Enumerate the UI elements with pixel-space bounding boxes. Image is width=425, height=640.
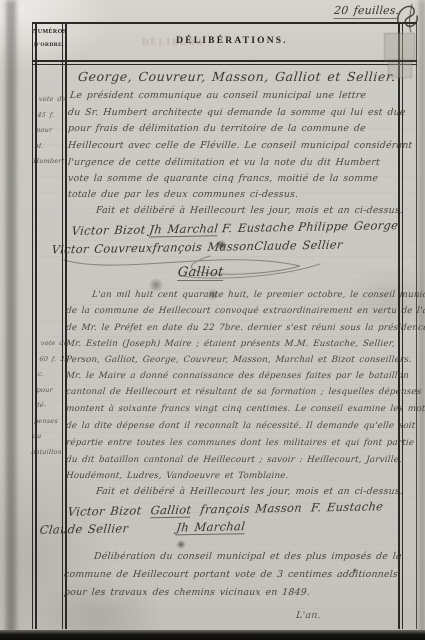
- manuscript-line: Le président communique au conseil munic…: [70, 90, 367, 101]
- numbers-column-header: NUMÉROS D'ORDRE.: [33, 29, 65, 48]
- manuscript-line: Heillecourt avec celle de Fléville. Le c…: [68, 140, 413, 151]
- manuscript-line: L'an mil huit cent quarante huit, le pre…: [92, 290, 425, 300]
- manuscript-line: Mr. Estelin (Joseph) Maire ; étaient pré…: [66, 339, 396, 349]
- manuscript-line: commune de Heillecourt portant vote de 3…: [64, 569, 399, 580]
- manuscript-line: vote la somme de quarante cinq francs, m…: [68, 173, 379, 184]
- manuscript-line: du dit bataillon cantonal de Heillecourt…: [66, 455, 403, 465]
- margin-note-line: pour dé-: [35, 383, 68, 414]
- ink-blot: [176, 540, 186, 549]
- ink-blot: [352, 568, 358, 573]
- signature: Claude Sellier: [39, 521, 129, 538]
- header-bottom-rule: [33, 60, 417, 62]
- closing-formula: Fait et délibéré à Heillecourt les jour,…: [96, 205, 404, 216]
- signature: Jh Marchal: [149, 221, 219, 237]
- entry-heading: George, Couvreur, Masson, Galliot et Sel…: [77, 69, 396, 84]
- signature: Victor Couvreux: [51, 241, 153, 257]
- signature: Jh Marchal: [176, 519, 246, 535]
- signature: Victor Bizot: [71, 223, 146, 239]
- ink-blot: [216, 240, 227, 250]
- margin-note-line: penses du: [32, 414, 65, 445]
- margin-note-line: vote de: [38, 92, 69, 108]
- faded-stamp: [384, 33, 415, 60]
- signature: Victor Bizot: [67, 503, 142, 519]
- manuscript-line: de la commune de Heillecourt convoqué ex…: [66, 306, 425, 316]
- margin-note: vote de 45 f. pour M. Humbert: [33, 92, 70, 170]
- signature: Galliot: [150, 503, 192, 519]
- manuscript-line: du Sr. Humbert architecte qui demande la…: [68, 107, 406, 118]
- manuscript-line: de la dite dépense dont il reconnaît la …: [66, 421, 416, 431]
- manuscript-line: Délibération du conseil municipal et des…: [94, 551, 403, 562]
- table-top-rule: [33, 22, 417, 24]
- ink-blot: [207, 289, 219, 300]
- manuscript-line: Mr. le Maire a donné connaissance des dé…: [66, 371, 410, 381]
- manuscript-line: totale due par les deux communes ci-dess…: [68, 189, 299, 200]
- ink-blot: [148, 278, 164, 292]
- margin-note-line: M.: [34, 139, 65, 155]
- manuscript-line: Houdémont, Ludres, Vandoeuvre et Tomblai…: [66, 471, 289, 481]
- scan-bottom-band: [0, 630, 425, 640]
- binding-gutter-shadow: [6, 0, 16, 634]
- manuscript-line: l'urgence de cette délimitation et vu la…: [68, 157, 381, 168]
- manuscript-line: pour les travaux des chemins vicinaux en…: [64, 587, 311, 598]
- right-edge-shadow: [419, 0, 425, 640]
- scanned-register-page: NUMÉROS D'ORDRE. DÉLIBÉRATIONS. DÉLIBÉRA…: [0, 0, 425, 640]
- manuscript-line: répartie entre toutes les communes dont …: [66, 438, 415, 448]
- folio-count-note: 20 feuilles.: [333, 4, 400, 19]
- header-bottom-rule-thin: [33, 64, 417, 65]
- signature: F. Eustache: [310, 499, 384, 515]
- signature: Claude Sellier: [254, 237, 344, 253]
- manuscript-line: cantonal de Heillecourt et résultant de …: [66, 387, 425, 397]
- margin-note-line: 45 f. pour: [35, 108, 68, 139]
- manuscript-line: montent à soixante francs vingt cinq cen…: [66, 404, 425, 414]
- signature: Galliot: [177, 265, 224, 281]
- left-outer-rule: [32, 22, 33, 629]
- signature: françois Masson: [200, 501, 303, 518]
- margin-note-line: bataillon: [31, 445, 62, 461]
- manuscript-line: Person, Galliot, George, Couvreur, Masso…: [66, 355, 413, 365]
- page-title: DÉLIBÉRATIONS.: [66, 36, 398, 46]
- catchword: L'an.: [296, 610, 322, 621]
- manuscript-line: de Mr. le Préfet en date du 22 7bre. der…: [66, 323, 425, 333]
- signature: Philippe George: [297, 218, 399, 235]
- signature: françois Masson: [152, 239, 255, 255]
- margin-note-line: Humbert: [33, 154, 64, 170]
- manuscript-line: pour frais de délimitation du territoire…: [68, 123, 367, 134]
- signature: F. Eustache: [221, 220, 295, 236]
- signature-row: Galliot: [177, 261, 224, 280]
- closing-formula: Fait et délibéré à Heillecourt les jour,…: [96, 486, 404, 497]
- numbers-column-header-line1: NUMÉROS: [33, 29, 65, 35]
- numbers-column-header-line2: D'ORDRE.: [33, 42, 65, 48]
